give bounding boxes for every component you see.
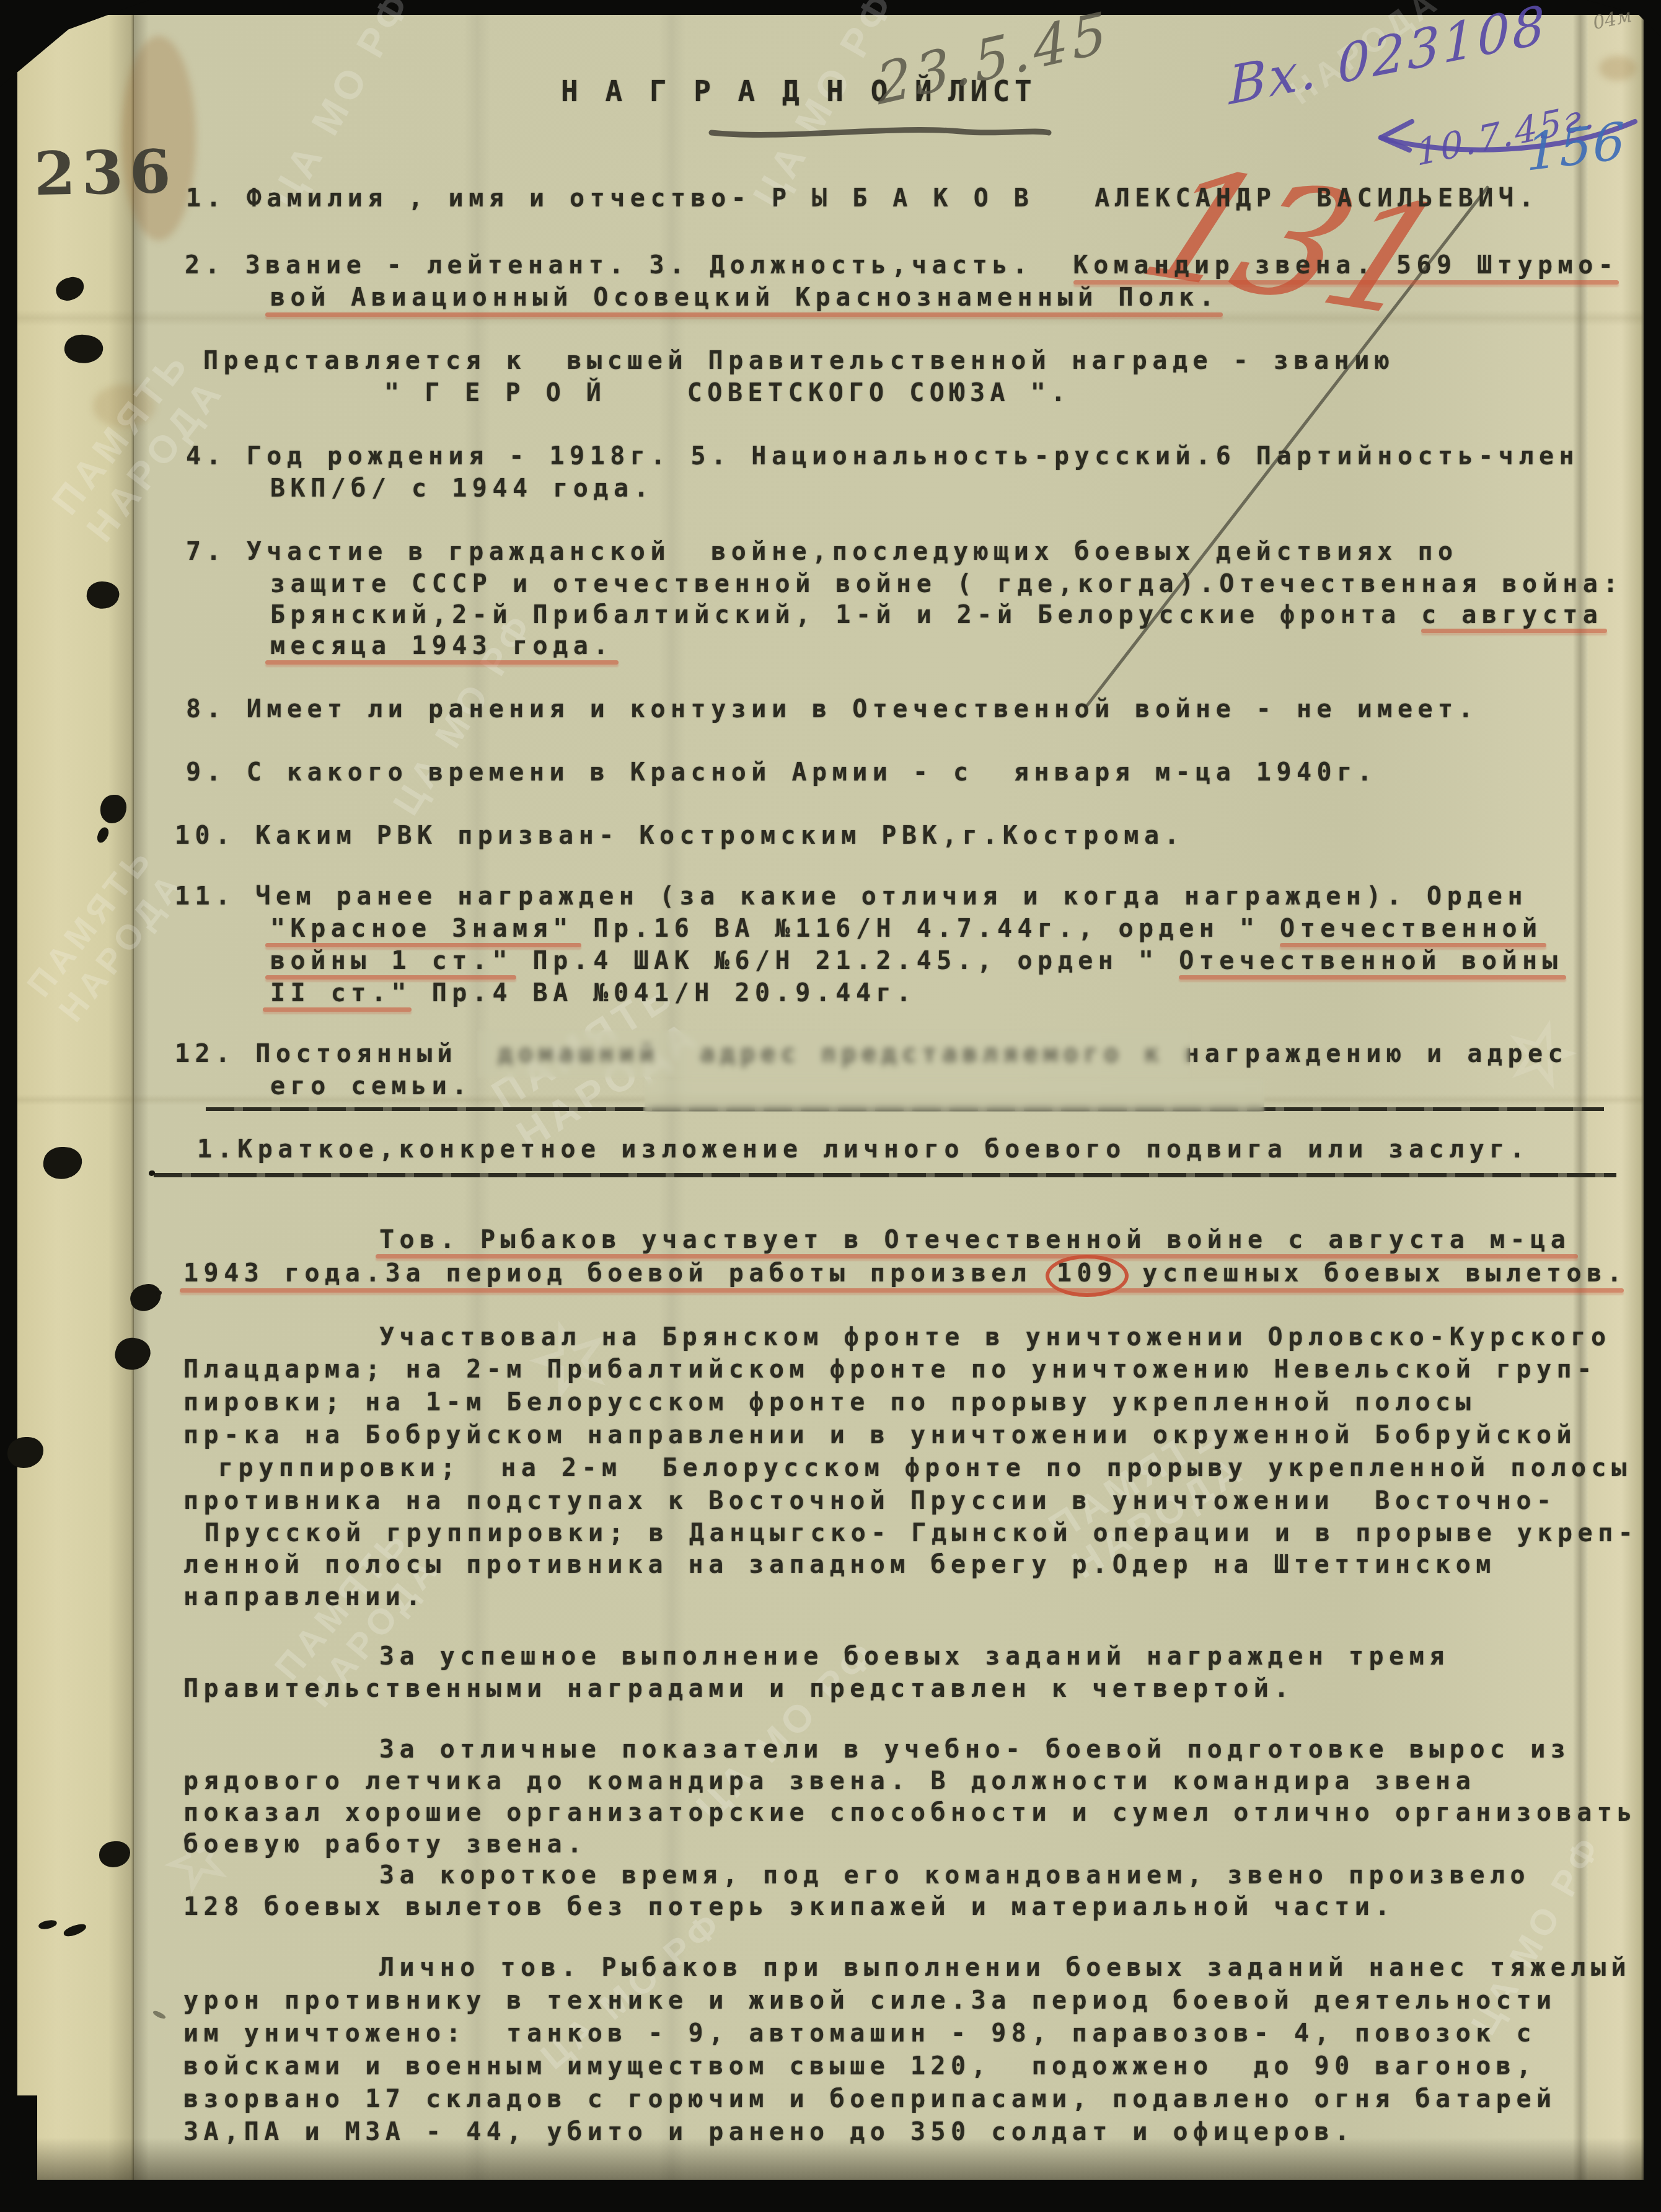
title-underline bbox=[707, 119, 1054, 144]
red-underline bbox=[1421, 629, 1607, 633]
sheet-number-note: 156 bbox=[1526, 112, 1627, 183]
typed-line: Участвовал на Брянском фронте в уничтоже… bbox=[379, 1324, 1611, 1351]
typed-line: 10. Каким РВК призван- Костромским РВК,г… bbox=[175, 822, 1184, 849]
typed-line: " Г Е Р О Й СОВЕТСКОГО СОЮЗА ". bbox=[384, 379, 1071, 407]
typed-line: ВКП/б/ с 1944 года. bbox=[270, 475, 654, 502]
divider-line bbox=[154, 1173, 1616, 1177]
typed-line: 7. Участие в гражданской войне,последующ… bbox=[186, 538, 1458, 565]
typed-line-flight-count: 1943 года.За период боевой работы произв… bbox=[183, 1260, 1627, 1290]
typed-line: месяца 1943 года. bbox=[270, 632, 614, 660]
typed-line: взорвано 17 складов с горючим и боеприпа… bbox=[183, 2086, 1557, 2113]
typed-line: За отличные показатели в учебно- боевой … bbox=[379, 1736, 1571, 1763]
typed-line: Правительственными наградами и представл… bbox=[183, 1675, 1294, 1702]
red-underline bbox=[265, 943, 581, 947]
scan-corner bbox=[0, 2095, 37, 2212]
typed-line: 8. Имеет ли ранения и контузии в Отечест… bbox=[186, 696, 1478, 723]
erasure-smudge bbox=[645, 1079, 1264, 1112]
red-underline bbox=[1280, 943, 1546, 947]
typed-line: пировки; на 1-м Белорусском фронте по пр… bbox=[183, 1389, 1476, 1416]
rust-stain bbox=[1599, 56, 1636, 81]
typed-line: Тов. Рыбаков участвует в Отечественной в… bbox=[379, 1226, 1571, 1254]
typed-line: II ст." Пр.4 ВА №041/Н 20.9.44г. bbox=[270, 980, 917, 1007]
typed-line: 2. Звание - лейтенант. 3. Должность,част… bbox=[185, 252, 1618, 279]
archive-page-number: 236 bbox=[33, 136, 177, 209]
typed-line: вой Авиационный Осовецкий Краснознаменны… bbox=[270, 284, 1219, 311]
typed-line: его семьи. bbox=[270, 1073, 472, 1100]
red-underline bbox=[180, 1288, 1624, 1293]
flight-line-prefix: 1943 года.За период боевой работы произв… bbox=[183, 1259, 1052, 1288]
award-sheet-scan: ЦА МО РФ ЦА МО РФ НАРОДА ПАМЯТЬНАРОДА ЦА… bbox=[0, 0, 1661, 2212]
typed-line: рядового летчика до командира звена. В д… bbox=[183, 1767, 1476, 1795]
typed-line: 128 боевых вылетов без потерь экипажей и… bbox=[183, 1893, 1395, 1921]
typed-line: войсками и военным имуществом свыше 120,… bbox=[183, 2053, 1536, 2080]
typed-line: ленной полосы противника на западном бер… bbox=[183, 1551, 1496, 1578]
typed-line: урон противнику в технике и живой силе.З… bbox=[183, 1987, 1557, 2014]
typed-line: группировки; на 2-м Белорусском фронте п… bbox=[218, 1454, 1632, 1482]
typed-line: защите СССР и отечественной войне ( где,… bbox=[270, 570, 1623, 598]
flight-line-suffix: успешных боевых вылетов. bbox=[1122, 1259, 1628, 1288]
red-underline bbox=[265, 660, 619, 665]
red-underline bbox=[265, 975, 516, 980]
red-underline bbox=[265, 312, 1223, 317]
red-underline bbox=[1073, 280, 1619, 285]
red-underline bbox=[1179, 975, 1566, 980]
typed-line: противника на подступах к Восточной Прус… bbox=[183, 1487, 1557, 1515]
typed-line: Прусской группировки; в Данцыгско- Гдынс… bbox=[205, 1520, 1638, 1547]
typed-line: 11. Чем ранее награжден (за какие отличи… bbox=[175, 883, 1528, 910]
typed-line: 9. С какого времени в Красной Армии - с … bbox=[186, 759, 1377, 786]
typed-line: За короткое время, под его командованием… bbox=[379, 1862, 1530, 1889]
typed-line: Брянский,2-й Прибалтийский, 1-й и 2-й Бе… bbox=[270, 601, 1603, 629]
typed-line: им уничтожено: танков - 9, автомашин - 9… bbox=[183, 2020, 1536, 2047]
typed-line: Плацдарма; на 2-м Прибалтийском фронте п… bbox=[183, 1356, 1597, 1383]
typed-line: 1. Фамилия , имя и отчество- Р Ы Б А К О… bbox=[186, 185, 1539, 212]
typed-line: боевую работу звена. bbox=[183, 1831, 588, 1858]
typed-line: ЗА,ПА и МЗА - 44, убито и ранено до 350 … bbox=[183, 2118, 1355, 2146]
erasure-smudge bbox=[477, 1030, 1190, 1077]
typed-line: 4. Год рождения - 1918г. 5. Национальнос… bbox=[186, 443, 1579, 470]
typed-line: "Красное Знамя" Пр.16 ВА №116/Н 4.7.44г.… bbox=[270, 915, 1543, 942]
red-underline bbox=[263, 1007, 412, 1012]
typed-line: За успешное выполнение боевых заданий на… bbox=[379, 1643, 1450, 1670]
typed-line: показал хорошие организаторские способно… bbox=[183, 1799, 1637, 1826]
red-underline bbox=[376, 1254, 1578, 1259]
typed-line: войны 1 ст." Пр.4 ШАК №6/Н 21.2.45., орд… bbox=[270, 947, 1562, 975]
typed-line: 1.Краткое,конкретное изложение личного б… bbox=[197, 1136, 1530, 1163]
typed-line: направлении. bbox=[183, 1583, 426, 1611]
typed-line: пр-ка на Бобруйском направлении и в унич… bbox=[183, 1422, 1577, 1449]
typed-line: Представляется к высшей Правительственно… bbox=[203, 347, 1394, 374]
typed-line: Лично тов. Рыбаков при выполнении боевых… bbox=[379, 1954, 1631, 1981]
